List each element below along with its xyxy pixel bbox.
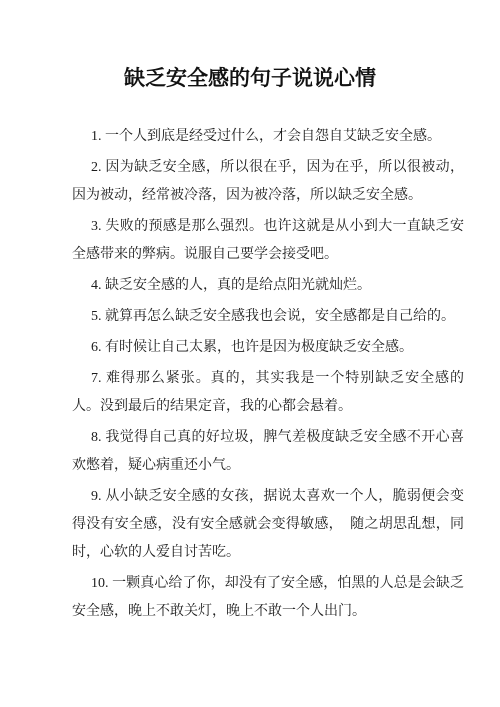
document-page: 缺乏安全感的句子说说心情 1. 一个人到底是经受过什么，才会自怨自艾缺乏安全感。…: [0, 0, 500, 707]
document-body: 1. 一个人到底是经受过什么，才会自怨自艾缺乏安全感。 2. 因为缺乏安全感，所…: [72, 123, 464, 626]
page-title: 缺乏安全感的句子说说心情: [0, 0, 500, 98]
sentence-paragraph-7: 7. 难得那么紧张。真的，其实我是一个特别缺乏安全感的人。没到最后的结果定音，我…: [72, 365, 464, 421]
sentence-paragraph-1: 1. 一个人到底是经受过什么，才会自怨自艾缺乏安全感。: [72, 123, 464, 151]
sentence-paragraph-10: 10. 一颗真心给了你，却没有了安全感，怕黑的人总是会缺乏安全感，晚上不敢关灯，…: [72, 570, 464, 626]
sentence-paragraph-8: 8. 我觉得自己真的好垃圾，脾气差极度缺乏安全感不开心喜欢憋着，疑心病重还小气。: [72, 424, 464, 480]
sentence-paragraph-6: 6. 有时候让自己太累，也许是因为极度缺乏安全感。: [72, 334, 464, 362]
sentence-paragraph-9: 9. 从小缺乏安全感的女孩，据说太喜欢一个人，脆弱便会变得没有安全感，没有安全感…: [72, 483, 464, 567]
sentence-paragraph-2: 2. 因为缺乏安全感，所以很在乎，因为在乎，所以很被动，因为被动，经常被冷落，因…: [72, 154, 464, 210]
sentence-paragraph-5: 5. 就算再怎么缺乏安全感我也会说，安全感都是自己给的。: [72, 303, 464, 331]
sentence-paragraph-4: 4. 缺乏安全感的人，真的是给点阳光就灿烂。: [72, 272, 464, 300]
sentence-paragraph-3: 3. 失败的预感是那么强烈。也许这就是从小到大一直缺乏安全感带来的弊病。说服自己…: [72, 213, 464, 269]
